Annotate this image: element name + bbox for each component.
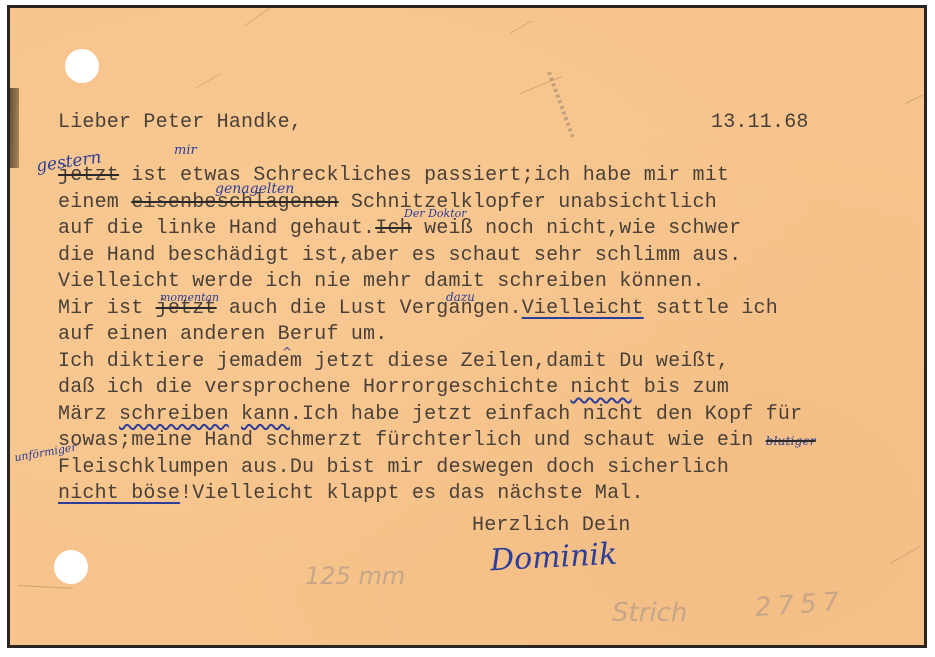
text-segment: Mir ist: [58, 297, 156, 320]
text-segment: Schnitzelklopfer unabsichtlich: [339, 191, 717, 214]
text-segment: daß ich die versprochene Horrorgeschicht…: [58, 376, 570, 399]
date: 13.11.68: [711, 110, 809, 137]
edge-stain: [10, 88, 19, 168]
letter-line: daß ich die versprochene Horrorgeschicht…: [58, 375, 729, 402]
letter-line: auf die linke Hand gehaut.Ich weiß noch …: [58, 216, 741, 243]
correction-mir: mir: [174, 143, 197, 158]
letter-line: die Hand beschädigt ist,aber es schaut s…: [58, 243, 741, 270]
text-segment: nicht: [570, 376, 631, 399]
letter-line: auf einen anderen Beruf um.: [58, 322, 387, 349]
letter-line: Vielleicht werde ich nie mehr damit schr…: [58, 269, 705, 296]
letter-line: einem eisenbeschlagenen Schnitzelklopfer…: [58, 190, 717, 217]
letter-line: Ich diktiere jemadem jetzt diese Zeilen,…: [58, 349, 729, 376]
text-segment: sattle ich: [644, 297, 778, 320]
text-segment: einem: [58, 191, 131, 214]
text-segment: März: [58, 403, 119, 426]
pencil-size-note: 125 mm: [305, 562, 405, 590]
salutation: Lieber Peter Handke,: [58, 110, 302, 137]
text-segment: auf die linke Hand gehaut.: [58, 217, 375, 240]
text-segment: die Hand beschädigt ist,aber es schaut s…: [58, 244, 741, 267]
text-segment: Ich: [375, 217, 412, 240]
insert-caret: ^: [282, 345, 292, 359]
text-segment: schreiben: [119, 403, 229, 426]
text-segment: ist etwas Schreckliches passiert;ich hab…: [119, 164, 729, 187]
pencil-smudge: [547, 71, 575, 138]
text-segment: Vielleicht: [522, 297, 644, 320]
pencil-number-note: 2757: [754, 587, 846, 623]
text-segment: auf einen anderen Beruf um.: [58, 323, 387, 346]
text-segment: Vielleicht werde ich nie mehr damit schr…: [58, 270, 705, 293]
text-segment: sowas;meine Hand schmerzt fürchterlich u…: [58, 429, 766, 452]
text-segment: nicht böse: [58, 482, 180, 505]
letter-line: jetzt ist etwas Schreckliches passiert;i…: [58, 163, 729, 190]
text-segment: kann: [241, 403, 290, 426]
correction-der-doktor: Der Doktor: [404, 207, 467, 220]
text-segment: weiß noch nicht,wie schwer: [412, 217, 741, 240]
text-segment: [229, 403, 241, 426]
text-segment: .Ich habe jetzt einfach nicht den Kopf f…: [290, 403, 802, 426]
letter-line: Fleischklumpen aus.Du bist mir deswegen …: [58, 455, 729, 482]
text-segment: bis zum: [632, 376, 730, 399]
correction-dazu: dazu: [446, 290, 475, 304]
letter-line: nicht böse!Vielleicht klappt es das näch…: [58, 481, 644, 508]
pencil-name-note: Strich: [612, 598, 687, 628]
letter-line: sowas;meine Hand schmerzt fürchterlich u…: [58, 428, 816, 455]
text-segment: auch die Lust: [217, 297, 400, 320]
letter-line: März schreiben kann.Ich habe jetzt einfa…: [58, 402, 802, 429]
signature: Dominik: [489, 537, 618, 579]
text-segment: Ich diktiere jemadem jetzt diese Zeilen,…: [58, 350, 729, 373]
correction-genagelten: genagelten: [215, 181, 294, 197]
text-segment: !Vielleicht klappt es das nächste Mal.: [180, 482, 644, 505]
punch-hole-bottom: [54, 550, 88, 584]
correction-momentan: momentan: [160, 291, 219, 304]
closing: Herzlich Dein: [472, 513, 631, 540]
punch-hole-top: [65, 49, 99, 83]
text-segment: Fleischklumpen aus.Du bist mir deswegen …: [58, 456, 729, 479]
text-segment: blutiger: [766, 434, 816, 448]
